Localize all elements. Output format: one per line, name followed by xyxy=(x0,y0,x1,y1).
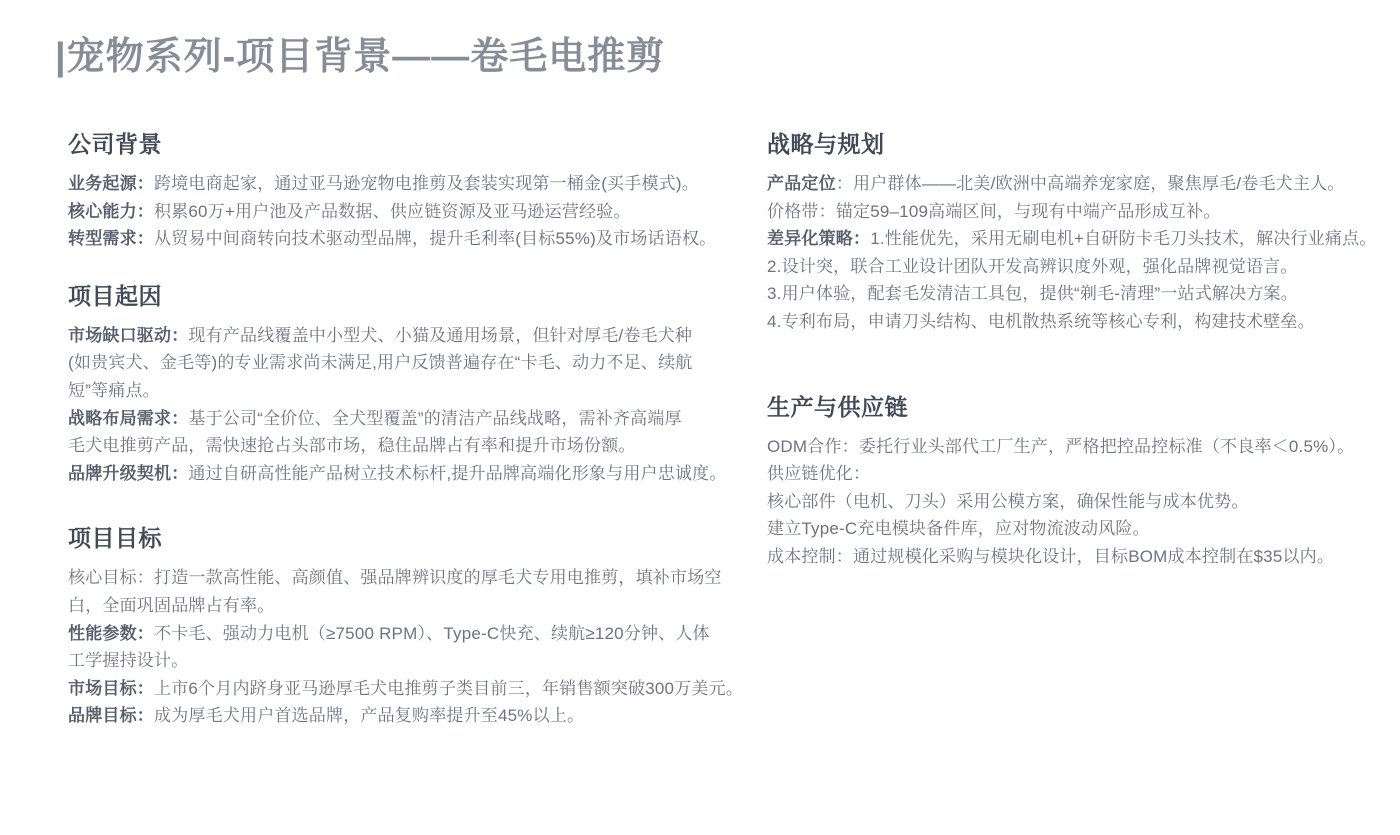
section-project-goals: 项目目标 核心目标：打造一款高性能、高颜值、强品牌辨识度的厚毛犬专用电推剪，填补… xyxy=(68,523,686,730)
line-text: 4.专利布局，申请刀头结构、电机散热系统等核心专利，构建技术壁垒。 xyxy=(767,312,1315,331)
line-label: 业务起源： xyxy=(68,174,154,193)
section-heading: 公司背景 xyxy=(68,129,686,159)
text-line: 转型需求：从贸易中间商转向技术驱动型品牌，提升毛利率(目标55%)及市场话语权。 xyxy=(68,225,686,253)
line-text: 2.设计突，联合工业设计团队开发高辨识度外观，强化品牌视觉语言。 xyxy=(767,257,1298,276)
text-line: 差异化策略：1.性能优先，采用无刷电机+自研防卡毛刀头技术，解决行业痛点。 xyxy=(767,225,1357,253)
text-line: 市场缺口驱动：现有产品线覆盖中小型犬、小猫及通用场景，但针对厚毛/卷毛犬种 xyxy=(68,322,686,350)
line-text: 从贸易中间商转向技术驱动型品牌，提升毛利率(目标55%)及市场话语权。 xyxy=(154,229,716,248)
text-line: 供应链优化： xyxy=(767,460,1357,488)
line-text: (如贵宾犬、金毛等)的专业需求尚未满足,用户反馈普遍存在“卡毛、动力不足、续航 xyxy=(68,353,693,372)
line-text: 成为厚毛犬用户首选品牌，产品复购率提升至45%以上。 xyxy=(154,706,584,725)
section-heading: 项目起因 xyxy=(68,281,686,311)
line-text: 积累60万+用户池及产品数据、供应链资源及亚马逊运营经验。 xyxy=(154,202,631,221)
section-project-origin: 项目起因 市场缺口驱动：现有产品线覆盖中小型犬、小猫及通用场景，但针对厚毛/卷毛… xyxy=(68,281,686,488)
text-line: 建立Type-C充电模块备件库，应对物流波动风险。 xyxy=(767,515,1357,543)
text-line: 3.用户体验，配套毛发清洁工具包，提供“剃毛-清理”一站式解决方案。 xyxy=(767,280,1357,308)
line-label: 产品定位 xyxy=(767,174,836,193)
line-label: 战略布局需求： xyxy=(68,409,188,428)
line-text: 白，全面巩固品牌占有率。 xyxy=(68,596,274,615)
line-label: 性能参数： xyxy=(68,624,154,643)
text-line: (如贵宾犬、金毛等)的专业需求尚未满足,用户反馈普遍存在“卡毛、动力不足、续航 xyxy=(68,349,686,377)
text-line: 4.专利布局，申请刀头结构、电机散热系统等核心专利，构建技术壁垒。 xyxy=(767,308,1357,336)
line-label: 转型需求： xyxy=(68,229,154,248)
text-line: 核心部件（电机、刀头）采用公模方案，确保性能与成本优势。 xyxy=(767,488,1357,516)
line-text: 工学握持设计。 xyxy=(68,651,188,670)
line-text: 跨境电商起家，通过亚马逊宠物电推剪及套装实现第一桶金(买手模式)。 xyxy=(154,174,699,193)
line-text: 上市6个月内跻身亚马逊厚毛犬电推剪子类目前三，年销售额突破300万美元。 xyxy=(154,679,743,698)
section-body: 产品定位：用户群体——北美/欧洲中高端养宠家庭，聚焦厚毛/卷毛犬主人。 价格带：… xyxy=(767,170,1357,336)
line-text: 建立Type-C充电模块备件库，应对物流波动风险。 xyxy=(767,519,1150,538)
line-label: 市场目标： xyxy=(68,679,154,698)
line-label: 市场缺口驱动： xyxy=(68,326,188,345)
line-text: 价格带：锚定59–109高端区间，与现有中端产品形成互补。 xyxy=(767,202,1221,221)
line-text: 不卡毛、强动力电机（≥7500 RPM）、Type-C快充、续航≥120分钟、人… xyxy=(154,624,710,643)
section-body: 核心目标：打造一款高性能、高颜值、强品牌辨识度的厚毛犬专用电推剪，填补市场空 白… xyxy=(68,564,686,730)
section-body: 市场缺口驱动：现有产品线覆盖中小型犬、小猫及通用场景，但针对厚毛/卷毛犬种 (如… xyxy=(68,322,686,488)
line-label: 品牌目标： xyxy=(68,706,154,725)
line-text: 供应链优化： xyxy=(767,464,870,483)
text-line: 价格带：锚定59–109高端区间，与现有中端产品形成互补。 xyxy=(767,198,1357,226)
text-line: 业务起源：跨境电商起家，通过亚马逊宠物电推剪及套装实现第一桶金(买手模式)。 xyxy=(68,170,686,198)
line-text: ODM合作：委托行业头部代工厂生产，严格把控品控标准（不良率＜0.5%）。 xyxy=(767,437,1354,456)
line-text: 核心部件（电机、刀头）采用公模方案，确保性能与成本优势。 xyxy=(767,492,1249,511)
section-heading: 战略与规划 xyxy=(767,129,1357,159)
text-line: 成本控制：通过规模化采购与模块化设计，目标BOM成本控制在$35以内。 xyxy=(767,543,1357,571)
text-line: 毛犬电推剪产品，需快速抢占头部市场，稳住品牌占有率和提升市场份额。 xyxy=(68,432,686,460)
line-text: 通过自研高性能产品树立技术标杆,提升品牌高端化形象与用户忠诚度。 xyxy=(188,464,726,483)
line-text: 短”等痛点。 xyxy=(68,381,160,400)
section-heading: 项目目标 xyxy=(68,523,686,553)
line-text: 基于公司“全价位、全犬型覆盖”的清洁产品线战略，需补齐高端厚 xyxy=(188,409,681,428)
text-line: ODM合作：委托行业头部代工厂生产，严格把控品控标准（不良率＜0.5%）。 xyxy=(767,433,1357,461)
section-heading: 生产与供应链 xyxy=(767,392,1357,422)
line-text: 成本控制：通过规模化采购与模块化设计，目标BOM成本控制在$35以内。 xyxy=(767,547,1334,566)
left-column: 公司背景 业务起源：跨境电商起家，通过亚马逊宠物电推剪及套装实现第一桶金(买手模… xyxy=(68,129,686,730)
section-company-background: 公司背景 业务起源：跨境电商起家，通过亚马逊宠物电推剪及套装实现第一桶金(买手模… xyxy=(68,129,686,253)
text-line: 核心能力：积累60万+用户池及产品数据、供应链资源及亚马逊运营经验。 xyxy=(68,198,686,226)
text-line: 性能参数：不卡毛、强动力电机（≥7500 RPM）、Type-C快充、续航≥12… xyxy=(68,620,686,648)
text-line: 白，全面巩固品牌占有率。 xyxy=(68,592,686,620)
line-text: 3.用户体验，配套毛发清洁工具包，提供“剃毛-清理”一站式解决方案。 xyxy=(767,284,1298,303)
section-body: ODM合作：委托行业头部代工厂生产，严格把控品控标准（不良率＜0.5%）。 供应… xyxy=(767,433,1357,571)
line-text: 1.性能优先，采用无刷电机+自研防卡毛刀头技术，解决行业痛点。 xyxy=(870,229,1376,248)
text-line: 2.设计突，联合工业设计团队开发高辨识度外观，强化品牌视觉语言。 xyxy=(767,253,1357,281)
section-production-supply-chain: 生产与供应链 ODM合作：委托行业头部代工厂生产，严格把控品控标准（不良率＜0.… xyxy=(767,392,1357,571)
line-text: 现有产品线覆盖中小型犬、小猫及通用场景，但针对厚毛/卷毛犬种 xyxy=(188,326,692,345)
line-label: 品牌升级契机： xyxy=(68,464,188,483)
text-line: 产品定位：用户群体——北美/欧洲中高端养宠家庭，聚焦厚毛/卷毛犬主人。 xyxy=(767,170,1357,198)
slide-canvas: |宠物系列-项目背景——卷毛电推剪 公司背景 业务起源：跨境电商起家，通过亚马逊… xyxy=(0,0,1400,835)
page-title: |宠物系列-项目背景——卷毛电推剪 xyxy=(55,34,665,80)
right-column: 战略与规划 产品定位：用户群体——北美/欧洲中高端养宠家庭，聚焦厚毛/卷毛犬主人… xyxy=(767,129,1357,571)
section-body: 业务起源：跨境电商起家，通过亚马逊宠物电推剪及套装实现第一桶金(买手模式)。 核… xyxy=(68,170,686,253)
text-line: 市场目标：上市6个月内跻身亚马逊厚毛犬电推剪子类目前三，年销售额突破300万美元… xyxy=(68,675,686,703)
text-line: 核心目标：打造一款高性能、高颜值、强品牌辨识度的厚毛犬专用电推剪，填补市场空 xyxy=(68,564,686,592)
text-line: 品牌目标：成为厚毛犬用户首选品牌，产品复购率提升至45%以上。 xyxy=(68,702,686,730)
line-text: ：用户群体——北美/欧洲中高端养宠家庭，聚焦厚毛/卷毛犬主人。 xyxy=(836,174,1345,193)
line-text: 核心目标：打造一款高性能、高颜值、强品牌辨识度的厚毛犬专用电推剪，填补市场空 xyxy=(68,568,722,587)
line-label: 差异化策略： xyxy=(767,229,870,248)
line-text: 毛犬电推剪产品，需快速抢占头部市场，稳住品牌占有率和提升市场份额。 xyxy=(68,436,636,455)
text-line: 短”等痛点。 xyxy=(68,377,686,405)
text-line: 品牌升级契机：通过自研高性能产品树立技术标杆,提升品牌高端化形象与用户忠诚度。 xyxy=(68,460,686,488)
section-strategy-planning: 战略与规划 产品定位：用户群体——北美/欧洲中高端养宠家庭，聚焦厚毛/卷毛犬主人… xyxy=(767,129,1357,336)
text-line: 工学握持设计。 xyxy=(68,647,686,675)
text-line: 战略布局需求：基于公司“全价位、全犬型覆盖”的清洁产品线战略，需补齐高端厚 xyxy=(68,405,686,433)
line-label: 核心能力： xyxy=(68,202,154,221)
